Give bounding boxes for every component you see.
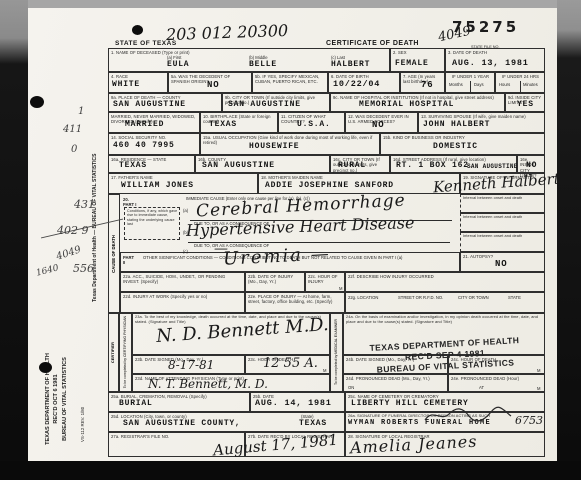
punch-hole bbox=[30, 96, 44, 108]
interval-box-c: Interval between onset and death bbox=[460, 232, 545, 252]
pronounced-dead-hour-label: 24e. PRONOUNCED DEAD (Hour) bbox=[451, 376, 543, 381]
specify-origin-label: 5b. IF YES, SPECIFY MEXICAN, CUBAN, PUER… bbox=[255, 74, 326, 85]
date-of-birth-value: 10/22/04 bbox=[333, 79, 380, 89]
field-autopsy: 21. AUTOPSY? NO bbox=[460, 252, 545, 272]
injury-hour-label: 22c. HOUR OF INJURY bbox=[308, 274, 343, 285]
father-name-value: WILLIAM JONES bbox=[121, 181, 194, 190]
interval-label-a: Interval between onset and death bbox=[463, 196, 543, 201]
field-occupation: 15a. USUAL OCCUPATION (Give kind of work… bbox=[200, 133, 380, 155]
examiner-hour-m-label: M bbox=[537, 368, 541, 373]
scanned-death-certificate: STATE OF TEXAS 203 012 20300 CERTIFICATE… bbox=[0, 0, 581, 480]
field-ssn: 14. SOCIAL SECURITY NO. 460 40 7995 bbox=[108, 133, 200, 155]
field-age: 7. AGE (In years last birthday) 76 bbox=[400, 72, 445, 93]
field-name-of-deceased: 1. NAME OF DECEASED (Type or print) (a) … bbox=[108, 48, 390, 72]
field-how-injury-occurred: 22f. DESCRIBE HOW INJURY OCCURRED bbox=[345, 272, 545, 292]
birthplace-value: TEXAS bbox=[209, 120, 237, 129]
place-of-death-city-value: SAN AUGUSTINE bbox=[228, 100, 301, 109]
date-of-death-value: AUG. 13, 1981 bbox=[452, 58, 529, 68]
under-24-hours-label: IF UNDER 24 HRS bbox=[498, 74, 543, 79]
residence-street-value-2: SAN AUGUSTINE bbox=[467, 163, 518, 170]
certifying-physician-strip-label: To be completed by CERTIFYING PHYSICIAN bbox=[124, 316, 128, 388]
state-file-no-label: STATE FILE NO. bbox=[471, 45, 513, 50]
date-of-death-label: 3. DATE OF DEATH bbox=[448, 50, 543, 55]
accident-type-label: 22a. ACC., SUICIDE, HOM., UNDET., OR PEN… bbox=[123, 274, 243, 285]
field-disposition-date: 25b. DATE AUG. 14, 1981 bbox=[250, 392, 345, 412]
industry-label: 15b. KIND OF BUSINESS OR INDUSTRY bbox=[383, 135, 543, 140]
hospital-value: MEMORIAL HOSPITAL bbox=[359, 100, 454, 109]
injury-state-label: STATE bbox=[508, 295, 521, 300]
scan-background-bottom bbox=[0, 461, 581, 480]
interval-box-b: Interval between onset and death bbox=[460, 213, 545, 232]
father-name-label: 17. FATHER'S NAME bbox=[111, 175, 256, 180]
field-residence-state: 16a. RESIDENCE — STATE TEXAS bbox=[108, 155, 195, 173]
field-inside-city-limits-death: 9d. INSIDE CITY LIMITS? YES bbox=[505, 93, 545, 112]
ssn-value: 460 40 7995 bbox=[113, 141, 175, 150]
injury-city-label: CITY OR TOWN bbox=[458, 295, 489, 300]
ink-dot bbox=[132, 25, 143, 35]
field-date-of-death: 3. DATE OF DEATH AUG. 13, 1981 bbox=[445, 48, 545, 72]
handwritten-code: 203 012 20300 bbox=[166, 21, 289, 44]
field-place-of-death-city: 9b. CITY OR TOWN (If outside city limits… bbox=[222, 93, 330, 112]
age-value: 76 bbox=[421, 80, 433, 90]
disposition-date-value: AUG. 14, 1981 bbox=[255, 398, 332, 408]
marital-status-value: MARRIED bbox=[125, 120, 164, 129]
pronounced-dead-date-label: 24d. PRONOUNCED DEAD (Mo., Day, Yr.) bbox=[346, 376, 446, 381]
field-disposition-type: 25a. BURIAL, CREMATION, REMOVAL (Specify… bbox=[108, 392, 250, 412]
autopsy-value: NO bbox=[495, 259, 507, 269]
field-injury-at-work: 22d. INJURY AT WORK (Specify yes or no) bbox=[120, 292, 245, 313]
scan-background-left bbox=[0, 0, 28, 480]
margin-note: 0 bbox=[71, 144, 77, 155]
name-label: 1. NAME OF DECEASED (Type or print) bbox=[111, 50, 203, 55]
race-value: WHITE bbox=[112, 80, 140, 89]
middle-name-value: BELLE bbox=[249, 60, 277, 69]
interval-label-b: Interval between onset and death bbox=[463, 215, 543, 220]
certifier-strip-label: CERTIFIER bbox=[111, 342, 115, 363]
injury-at-work-label: 22d. INJURY AT WORK (Specify yes or no) bbox=[123, 294, 243, 299]
funeral-director-signature-scribble bbox=[423, 406, 513, 426]
margin-note: 556 bbox=[73, 262, 94, 275]
pronounced-m-label: M bbox=[537, 386, 541, 391]
inside-city-limits-residence-value: NO bbox=[526, 161, 537, 170]
occupation-value: HOUSEWIFE bbox=[249, 142, 299, 151]
citizen-value: U.S.A. bbox=[297, 120, 331, 129]
field-injury-location: 22g. LOCATION STREET OR R.F.D. NO. CITY … bbox=[345, 292, 545, 313]
under-one-year-label: IF UNDER 1 YEAR bbox=[448, 74, 493, 79]
field-injury-hour: 22c. HOUR OF INJURY M bbox=[305, 272, 345, 292]
funeral-license-number: 6753 bbox=[515, 414, 543, 427]
interval-label-c: Interval between onset and death bbox=[463, 234, 543, 239]
days-label: Days bbox=[474, 82, 484, 87]
scan-background-right bbox=[557, 0, 581, 480]
disposition-type-value: BURIAL bbox=[119, 399, 153, 408]
pronounced-at-label: AT bbox=[479, 385, 484, 390]
file-number-stamp: 75275 bbox=[452, 18, 519, 36]
received-stamp-oct-line3: BUREAU OF VITAL STATISTICS bbox=[61, 338, 69, 460]
received-stamp-oct-line2: REC'D OCT 6 1981 bbox=[52, 338, 60, 460]
months-label: Months bbox=[449, 82, 463, 87]
field-under-24-hours: IF UNDER 24 HRS Hours Minutes bbox=[495, 72, 545, 93]
surviving-spouse-value: JOHN HALBERT bbox=[423, 120, 490, 129]
mother-name-label: 18. MOTHER'S MAIDEN NAME bbox=[261, 175, 458, 180]
injury-hour-m-label: M bbox=[339, 286, 343, 291]
minutes-label: Minutes bbox=[523, 82, 538, 87]
field-under-one-year: IF UNDER 1 YEAR Months Days bbox=[445, 72, 495, 93]
surviving-spouse-label: 13. SURVIVING SPOUSE (If wife, give maid… bbox=[421, 114, 543, 119]
injury-location-label: 22g. LOCATION bbox=[348, 295, 378, 300]
hours-label: Hours bbox=[499, 82, 510, 87]
margin-note: 402 9 bbox=[57, 224, 89, 237]
armed-forces-value: NO bbox=[372, 120, 384, 130]
conditions-note-box: Conditions, if any, which gave rise to i… bbox=[124, 207, 180, 240]
field-disposition-location: 25d. LOCATION (City, town, or county) (S… bbox=[108, 412, 345, 432]
residence-city-value: RURAL bbox=[338, 161, 366, 170]
cause-of-death-strip-label: CAUSE OF DEATH bbox=[112, 235, 117, 273]
ssn-label: 14. SOCIAL SECURITY NO. bbox=[111, 135, 198, 140]
field-father-name: 17. FATHER'S NAME WILLIAM JONES bbox=[108, 173, 258, 194]
margin-note: 1640 bbox=[35, 263, 60, 278]
part2-label: PART II bbox=[123, 255, 137, 265]
residence-county-value: SAN AUGUSTINE bbox=[202, 161, 275, 170]
medical-examiner-strip: To be completed by MEDICAL EXAMINER bbox=[330, 313, 343, 392]
field-place-of-injury: 22e. PLACE OF INJURY — At home, farm, st… bbox=[245, 292, 345, 313]
mother-name-value: ADDIE JOSEPHINE SANFORD bbox=[265, 181, 394, 190]
cause-of-death-strip: CAUSE OF DEATH bbox=[108, 194, 120, 313]
received-stamp-oct: TEXAS DEPARTMENT OF HEALTH REC'D OCT 6 1… bbox=[44, 338, 82, 460]
line-a-marker: (a) bbox=[183, 208, 188, 213]
field-mother-name: 18. MOTHER'S MAIDEN NAME ADDIE JOSEPHINE… bbox=[258, 173, 460, 194]
field-marital-status: MARRIED, NEVER MARRIED, WIDOWED, DIVORCE… bbox=[108, 112, 200, 133]
field-place-of-death-county: 9a. PLACE OF DEATH — COUNTY SAN AUGUSTIN… bbox=[108, 93, 222, 112]
certificate-paper: STATE OF TEXAS 203 012 20300 CERTIFICATE… bbox=[28, 8, 557, 461]
part1-label: 20. PART I bbox=[123, 197, 141, 207]
certifying-physician-strip: To be completed by CERTIFYING PHYSICIAN bbox=[119, 313, 132, 392]
disposition-location-value: SAN AUGUSTINE COUNTY, bbox=[123, 419, 241, 428]
disposition-state-value: TEXAS bbox=[299, 419, 327, 428]
place-of-death-county-value: SAN AUGUSTINE bbox=[113, 100, 186, 109]
field-hospital: 9c. NAME OF HOSPITAL OR INSTITUTION (If … bbox=[330, 93, 505, 112]
injury-street-label: STREET OR R.F.D. NO. bbox=[398, 295, 443, 300]
field-date-of-birth: 6. DATE OF BIRTH 10/22/04 bbox=[328, 72, 400, 93]
injury-date-label: 22b. DATE OF INJURY (Mo., Day, Yr.) bbox=[248, 274, 303, 285]
residence-state-value: TEXAS bbox=[119, 161, 147, 170]
registrar-file-no-label: 27a. REGISTRAR'S FILE NO. bbox=[111, 434, 243, 439]
medical-examiner-strip-label: To be completed by MEDICAL EXAMINER bbox=[335, 319, 339, 385]
line-c-marker: (c) bbox=[183, 249, 188, 254]
margin-department-text: Texas Department of Health — BUREAU OF V… bbox=[92, 60, 98, 395]
hour-of-death-value: 12 55 A. bbox=[263, 356, 318, 371]
field-residence-county: 16b. COUNTY SAN AUGUSTINE bbox=[195, 155, 330, 173]
field-residence-street: 16d. STREET ADDRESS (If rural, give loca… bbox=[390, 155, 517, 173]
sex-value: FEMALE bbox=[395, 59, 429, 68]
certifier-strip: CERTIFIER bbox=[108, 313, 119, 392]
certificate-title: CERTIFICATE OF DEATH bbox=[326, 40, 419, 47]
received-stamp-oct-line1: TEXAS DEPARTMENT OF HEALTH bbox=[44, 338, 52, 460]
place-of-injury-label: 22e. PLACE OF INJURY — At home, farm, st… bbox=[248, 294, 343, 305]
field-specify-origin: 5b. IF YES, SPECIFY MEXICAN, CUBAN, PUER… bbox=[252, 72, 328, 93]
last-name-value: HALBERT bbox=[331, 60, 370, 69]
industry-value: DOMESTIC bbox=[433, 142, 478, 151]
race-label: 4. RACE bbox=[111, 74, 166, 79]
field-race: 4. RACE WHITE bbox=[108, 72, 168, 93]
margin-note: 1 bbox=[78, 106, 84, 117]
field-surviving-spouse: 13. SURVIVING SPOUSE (If wife, give maid… bbox=[418, 112, 545, 133]
pronounced-on-label: ON bbox=[348, 385, 354, 390]
inside-city-limits-death-value: YES bbox=[517, 100, 534, 109]
margin-note: 411 bbox=[63, 124, 82, 135]
first-name-value: EULA bbox=[167, 60, 189, 69]
residence-street-value: RT. 1 BOX 162 bbox=[396, 161, 469, 170]
field-industry: 15b. KIND OF BUSINESS OR INDUSTRY DOMEST… bbox=[380, 133, 545, 155]
hour-of-death-m-label: M bbox=[323, 368, 327, 373]
field-sex: 2. SEX FEMALE bbox=[390, 48, 445, 72]
punch-hole bbox=[39, 362, 52, 373]
field-spanish-origin: 5a. WAS THE DECEDENT OF SPANISH ORIGIN? … bbox=[168, 72, 252, 93]
margin-note: 4049 bbox=[55, 244, 83, 262]
how-injury-occurred-label: 22f. DESCRIBE HOW INJURY OCCURRED bbox=[348, 274, 543, 279]
field-residence-city: 16c. CITY OR TOWN (If outside city limit… bbox=[330, 155, 390, 173]
margin-note: 431 bbox=[74, 198, 95, 211]
conditions-note: Conditions, if any, which gave rise to i… bbox=[127, 209, 178, 227]
examiner-certification-label: 24a. On the basis of examination and/or … bbox=[346, 315, 541, 325]
interval-box-a: Interval between onset and death bbox=[460, 194, 545, 213]
date-signed-value: 8-17-81 bbox=[168, 358, 214, 372]
field-citizen: 11. CITIZEN OF WHAT COUNTRY? U.S.A. bbox=[278, 112, 345, 133]
field-birthplace: 10. BIRTHPLACE (State or foreign country… bbox=[200, 112, 278, 133]
field-pronounced-dead-hour: 24e. PRONOUNCED DEAD (Hour) AT M bbox=[448, 374, 545, 392]
field-accident-type: 22a. ACC., SUICIDE, HOM., UNDET., OR PEN… bbox=[120, 272, 245, 292]
attending-physician-value: N. T. Bennett, M. D. bbox=[148, 377, 268, 391]
field-pronounced-dead-date: 24d. PRONOUNCED DEAD (Mo., Day, Yr.) ON bbox=[343, 374, 448, 392]
spanish-origin-value: NO bbox=[207, 80, 219, 90]
field-armed-forces: 12. WAS DECEDENT EVER IN U.S. ARMED FORC… bbox=[345, 112, 418, 133]
sex-label: 2. SEX bbox=[393, 50, 443, 55]
field-injury-date: 22b. DATE OF INJURY (Mo., Day, Yr.) bbox=[245, 272, 305, 292]
